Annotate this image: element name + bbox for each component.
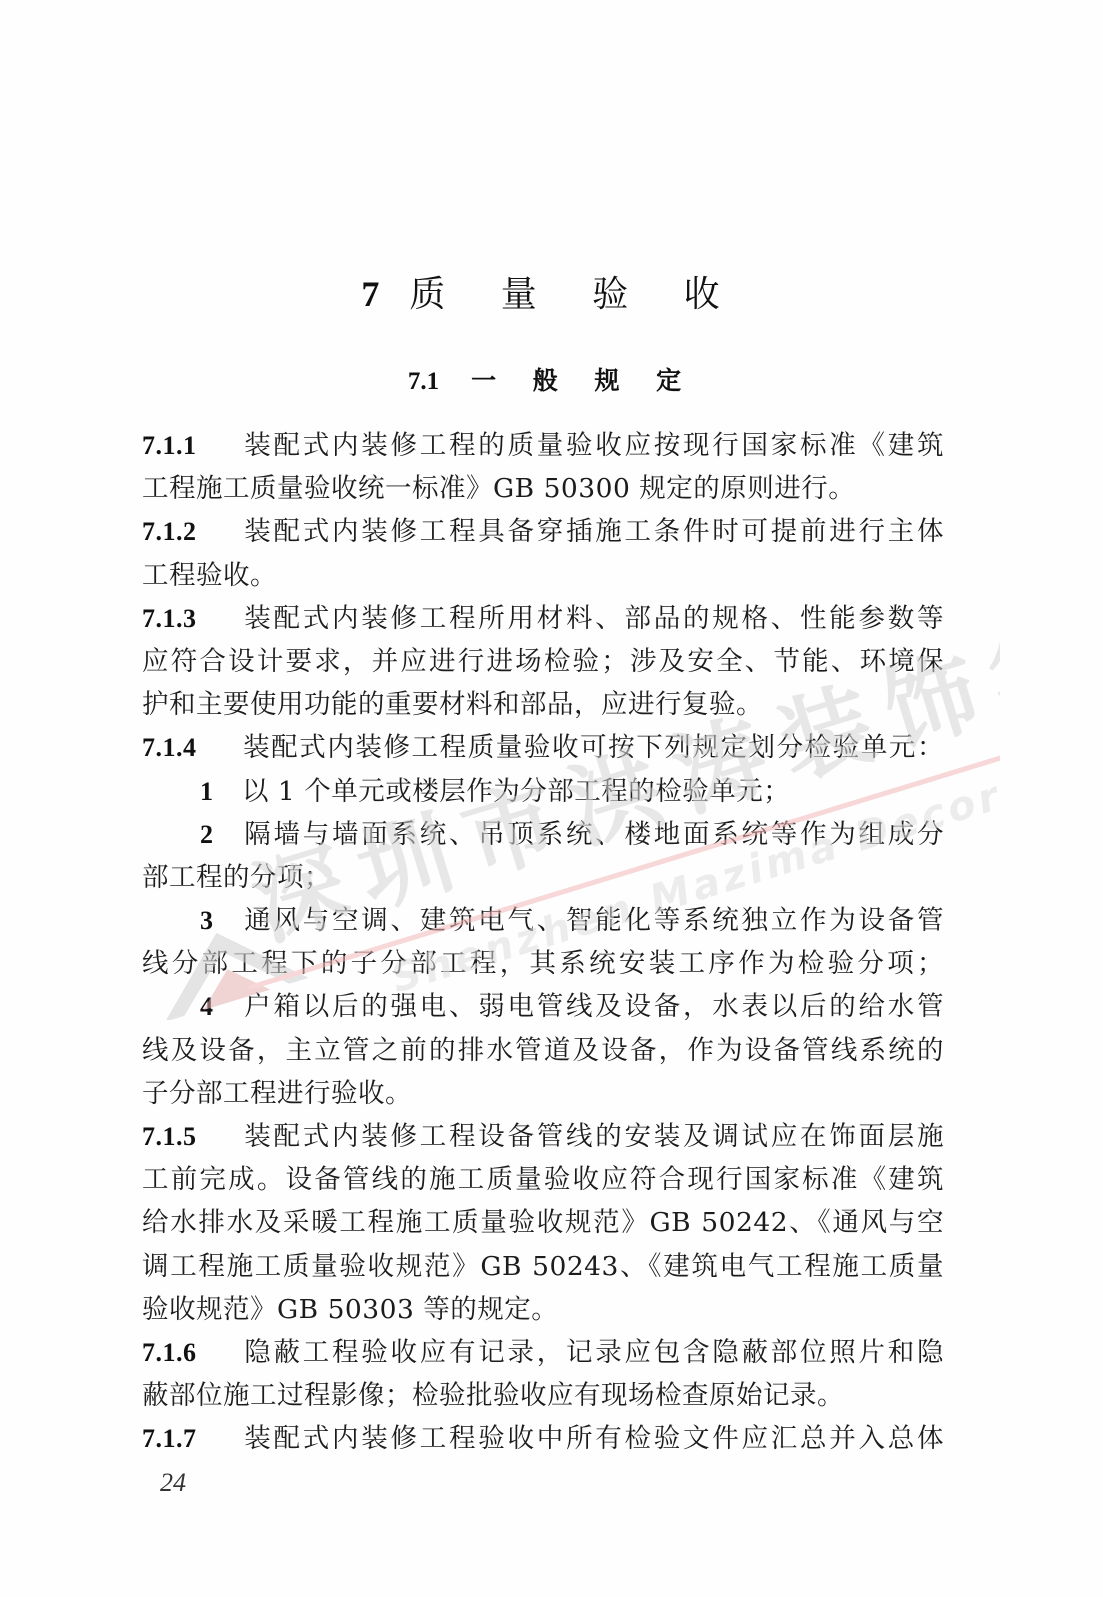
- section-heading: 7.1一 般 规 定: [0, 364, 1103, 399]
- clause-number: 7.1.5: [142, 1115, 242, 1158]
- page-number: 24: [160, 1468, 186, 1498]
- clause-text: 工程验收。: [142, 560, 277, 591]
- clause-text: 装配式内装修工程质量验收可按下列规定划分检验单元：: [242, 732, 944, 763]
- item-number: 2: [200, 813, 242, 856]
- clause-7-1-5-line-3: 给水排水及采暖工程施工质量验收规范》GB 50242、《通风与空: [142, 1201, 944, 1244]
- item-text: 户箱以后的强电、弱电管线及设备，水表以后的给水管: [242, 991, 944, 1022]
- list-item-4-line-2: 线及设备，主立管之前的排水管道及设备，作为设备管线系统的: [142, 1029, 944, 1072]
- clause-text: 装配式内装修工程的质量验收应按现行国家标准《建筑: [242, 430, 944, 461]
- item-number: 3: [200, 899, 242, 942]
- clause-text: 给水排水及采暖工程施工质量验收规范》GB 50242、《通风与空: [142, 1207, 944, 1238]
- clause-7-1-1-line-1: 7.1.1装配式内装修工程的质量验收应按现行国家标准《建筑: [142, 424, 944, 467]
- list-item-2-line-1: 2隔墙与墙面系统、吊顶系统、楼地面系统等作为组成分: [142, 813, 944, 856]
- clause-7-1-5-line-4: 调工程施工质量验收规范》GB 50243、《建筑电气工程施工质量: [142, 1245, 944, 1288]
- clause-text: 工程施工质量验收统一标准》GB 50300 规定的原则进行。: [142, 473, 855, 504]
- clause-7-1-6-line-2: 蔽部位施工过程影像；检验批验收应有现场检查原始记录。: [142, 1374, 944, 1417]
- clause-7-1-2-line-1: 7.1.2装配式内装修工程具备穿插施工条件时可提前进行主体: [142, 510, 944, 553]
- clause-number: 7.1.7: [142, 1417, 242, 1460]
- clause-7-1-3-line-1: 7.1.3装配式内装修工程所用材料、部品的规格、性能参数等: [142, 597, 944, 640]
- clause-text: 蔽部位施工过程影像；检验批验收应有现场检查原始记录。: [142, 1380, 844, 1411]
- item-text: 线分部工程下的子分部工程，其系统安装工序作为检验分项；: [142, 948, 944, 979]
- section-title: 一 般 规 定: [471, 366, 695, 395]
- chapter-heading: 7质 量 验 收: [0, 272, 1103, 317]
- clause-text: 护和主要使用功能的重要材料和部品，应进行复验。: [142, 689, 763, 720]
- item-text: 部工程的分项；: [142, 862, 331, 893]
- clause-7-1-3-line-3: 护和主要使用功能的重要材料和部品，应进行复验。: [142, 683, 944, 726]
- clause-text: 装配式内装修工程设备管线的安装及调试应在饰面层施: [242, 1121, 944, 1152]
- chapter-number: 7: [361, 274, 379, 314]
- clause-text: 调工程施工质量验收规范》GB 50243、《建筑电气工程施工质量: [142, 1251, 944, 1282]
- clause-7-1-5-line-5: 验收规范》GB 50303 等的规定。: [142, 1288, 944, 1331]
- clause-7-1-7-line-1: 7.1.7装配式内装修工程验收中所有检验文件应汇总并入总体: [142, 1417, 944, 1460]
- clause-text: 装配式内装修工程验收中所有检验文件应汇总并入总体: [242, 1423, 944, 1454]
- clause-number: 7.1.4: [142, 726, 242, 769]
- clause-7-1-6-line-1: 7.1.6隐蔽工程验收应有记录，记录应包含隐蔽部位照片和隐: [142, 1331, 944, 1374]
- clause-number: 7.1.1: [142, 424, 242, 467]
- item-text: 以 1 个单元或楼层作为分部工程的检验单元；: [242, 776, 790, 807]
- clause-7-1-3-line-2: 应符合设计要求，并应进行进场检验；涉及安全、节能、环境保: [142, 640, 944, 683]
- item-text: 隔墙与墙面系统、吊顶系统、楼地面系统等作为组成分: [242, 819, 944, 850]
- clause-number: 7.1.6: [142, 1331, 242, 1374]
- body-text: 7.1.1装配式内装修工程的质量验收应按现行国家标准《建筑 工程施工质量验收统一…: [142, 424, 944, 1461]
- clause-text: 隐蔽工程验收应有记录，记录应包含隐蔽部位照片和隐: [242, 1337, 944, 1368]
- clause-7-1-1-line-2: 工程施工质量验收统一标准》GB 50300 规定的原则进行。: [142, 467, 944, 510]
- list-item-2-line-2: 部工程的分项；: [142, 856, 944, 899]
- clause-text: 应符合设计要求，并应进行进场检验；涉及安全、节能、环境保: [142, 646, 944, 677]
- list-item-4-line-1: 4户箱以后的强电、弱电管线及设备，水表以后的给水管: [142, 985, 944, 1028]
- clause-7-1-5-line-2: 工前完成。设备管线的施工质量验收应符合现行国家标准《建筑: [142, 1158, 944, 1201]
- clause-7-1-2-line-2: 工程验收。: [142, 554, 944, 597]
- item-text: 通风与空调、建筑电气、智能化等系统独立作为设备管: [242, 905, 944, 936]
- document-page: 7质 量 验 收 7.1一 般 规 定 7.1.1装配式内装修工程的质量验收应按…: [0, 0, 1103, 1597]
- list-item-1-line-1: 1以 1 个单元或楼层作为分部工程的检验单元；: [142, 770, 944, 813]
- clause-text: 装配式内装修工程具备穿插施工条件时可提前进行主体: [242, 516, 944, 547]
- section-number: 7.1: [408, 368, 439, 395]
- chapter-title: 质 量 验 收: [409, 274, 741, 315]
- clause-7-1-5-line-1: 7.1.5装配式内装修工程设备管线的安装及调试应在饰面层施: [142, 1115, 944, 1158]
- item-number: 1: [200, 770, 242, 813]
- clause-text: 验收规范》GB 50303 等的规定。: [142, 1294, 558, 1325]
- list-item-4-line-3: 子分部工程进行验收。: [142, 1072, 944, 1115]
- item-text: 线及设备，主立管之前的排水管道及设备，作为设备管线系统的: [142, 1035, 944, 1066]
- clause-number: 7.1.2: [142, 510, 242, 553]
- clause-7-1-4-line-1: 7.1.4装配式内装修工程质量验收可按下列规定划分检验单元：: [142, 726, 944, 769]
- item-number: 4: [200, 985, 242, 1028]
- clause-text: 工前完成。设备管线的施工质量验收应符合现行国家标准《建筑: [142, 1164, 944, 1195]
- list-item-3-line-2: 线分部工程下的子分部工程，其系统安装工序作为检验分项；: [142, 942, 944, 985]
- item-text: 子分部工程进行验收。: [142, 1078, 412, 1109]
- clause-number: 7.1.3: [142, 597, 242, 640]
- clause-text: 装配式内装修工程所用材料、部品的规格、性能参数等: [242, 603, 944, 634]
- list-item-3-line-1: 3通风与空调、建筑电气、智能化等系统独立作为设备管: [142, 899, 944, 942]
